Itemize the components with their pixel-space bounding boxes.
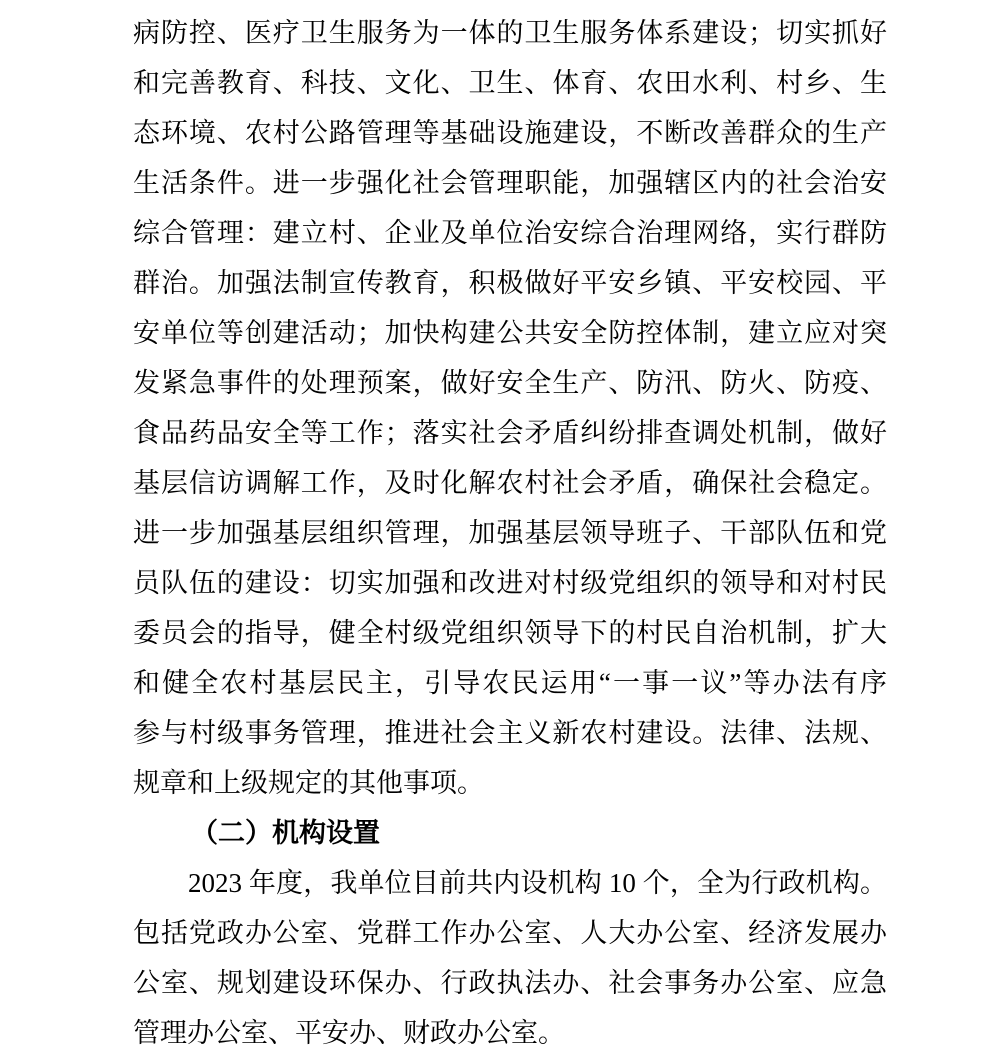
text-line: 食品药品安全等工作；落实社会矛盾纠纷排查调处机制，做好 [133,408,887,458]
text-line: 参与村级事务管理，推进社会主义新农村建设。法律、法规、 [133,708,887,758]
document-page: 病防控、医疗卫生服务为一体的卫生服务体系建设；切实抓好 和完善教育、科技、文化、… [0,0,1000,1059]
text-line: 综合管理：建立村、企业及单位治安综合治理网络，实行群防 [133,208,887,258]
text-line: 和完善教育、科技、文化、卫生、体育、农田水利、村乡、生 [133,58,887,108]
section-heading: （二）机构设置 [133,808,887,858]
text-line: 群治。加强法制宣传教育，积极做好平安乡镇、平安校园、平 [133,258,887,308]
text-line: 基层信访调解工作，及时化解农村社会矛盾，确保社会稳定。 [133,458,887,508]
text-line: 公室、规划建设环保办、行政执法办、社会事务办公室、应急 [133,958,887,1008]
text-line: 安单位等创建活动；加快构建公共安全防控体制，建立应对突 [133,308,887,358]
text-line: 规章和上级规定的其他事项。 [133,758,887,808]
text-line: 病防控、医疗卫生服务为一体的卫生服务体系建设；切实抓好 [133,8,887,58]
text-line: 发紧急事件的处理预案，做好安全生产、防汛、防火、防疫、 [133,358,887,408]
text-line: 员队伍的建设：切实加强和改进对村级党组织的领导和对村民 [133,558,887,608]
text-line: 2023 年度，我单位目前共内设机构 10 个，全为行政机构。 [133,858,887,908]
text-line: 生活条件。进一步强化社会管理职能，加强辖区内的社会治安 [133,158,887,208]
text-line: 管理办公室、平安办、财政办公室。 [133,1008,887,1058]
text-line: 委员会的指导，健全村级党组织领导下的村民自治机制，扩大 [133,608,887,658]
text-line: 态环境、农村公路管理等基础设施建设，不断改善群众的生产 [133,108,887,158]
text-line: 和健全农村基层民主，引导农民运用“一事一议”等办法有序 [133,658,887,708]
text-line: 进一步加强基层组织管理，加强基层领导班子、干部队伍和党 [133,508,887,558]
document-body: 病防控、医疗卫生服务为一体的卫生服务体系建设；切实抓好 和完善教育、科技、文化、… [133,8,887,1058]
text-line: 包括党政办公室、党群工作办公室、人大办公室、经济发展办 [133,908,887,958]
